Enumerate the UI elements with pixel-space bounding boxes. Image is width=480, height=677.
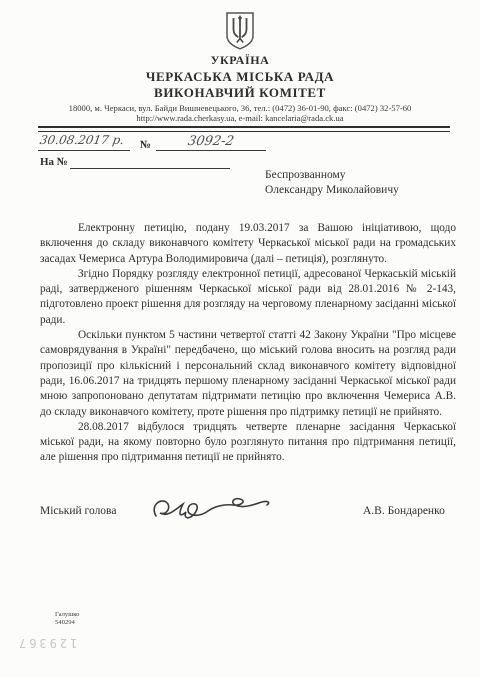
address-line: 18000, м. Черкаси, вул. Байди Вишневецьк… <box>0 103 480 113</box>
signature-handwriting <box>150 492 272 526</box>
letter-body: Електронну петицію, подану 19.03.2017 за… <box>40 221 456 466</box>
header-separator <box>38 126 450 132</box>
body-paragraph: Електронну петицію, подану 19.03.2017 за… <box>40 221 456 267</box>
executor-name: Галушко <box>55 611 79 619</box>
registration-stamp-number: 129367 <box>16 636 77 650</box>
scanned-letter-page: УКРАЇНА ЧЕРКАСЬКА МІСЬКА РАДА ВИКОНАВЧИЙ… <box>0 0 480 677</box>
recipient-block: Беспрозванному Олександру Миколайовичу <box>265 168 399 198</box>
ukraine-tryzub-icon <box>223 11 257 51</box>
recipient-surname: Беспрозванному <box>265 168 399 183</box>
reply-to-label: На № <box>40 156 68 168</box>
handwritten-date: 30.08.2017 р. <box>39 133 125 147</box>
recipient-given-names: Олександру Миколайовичу <box>265 183 399 198</box>
signer-position-title: Міський голова <box>40 505 116 517</box>
outgoing-date-field: 30.08.2017 р. <box>38 133 130 151</box>
contact-line: http://www.rada.cherkasy.ua, e-mail: kan… <box>0 113 480 123</box>
reply-to-blank-line <box>70 156 230 169</box>
outgoing-number-field: 3092-2 <box>156 133 266 151</box>
executor-block: Галушко 540294 <box>55 611 79 627</box>
country-title: УКРАЇНА <box>0 53 480 68</box>
number-sign: № <box>140 139 151 151</box>
body-paragraph: Оскільки пунктом 5 частини четвертої ста… <box>40 328 456 420</box>
body-paragraph: Згідно Порядку розгляду електронної пети… <box>40 267 456 328</box>
signer-name: А.В. Бондаренко <box>363 505 445 517</box>
body-paragraph: 28.08.2017 відбулося тридцять четверте п… <box>40 420 456 466</box>
handwritten-number: 3092-2 <box>187 134 235 149</box>
executor-phone: 540294 <box>55 619 79 627</box>
department-title: ВИКОНАВЧИЙ КОМІТЕТ <box>0 85 480 101</box>
organization-title: ЧЕРКАСЬКА МІСЬКА РАДА <box>0 69 480 85</box>
